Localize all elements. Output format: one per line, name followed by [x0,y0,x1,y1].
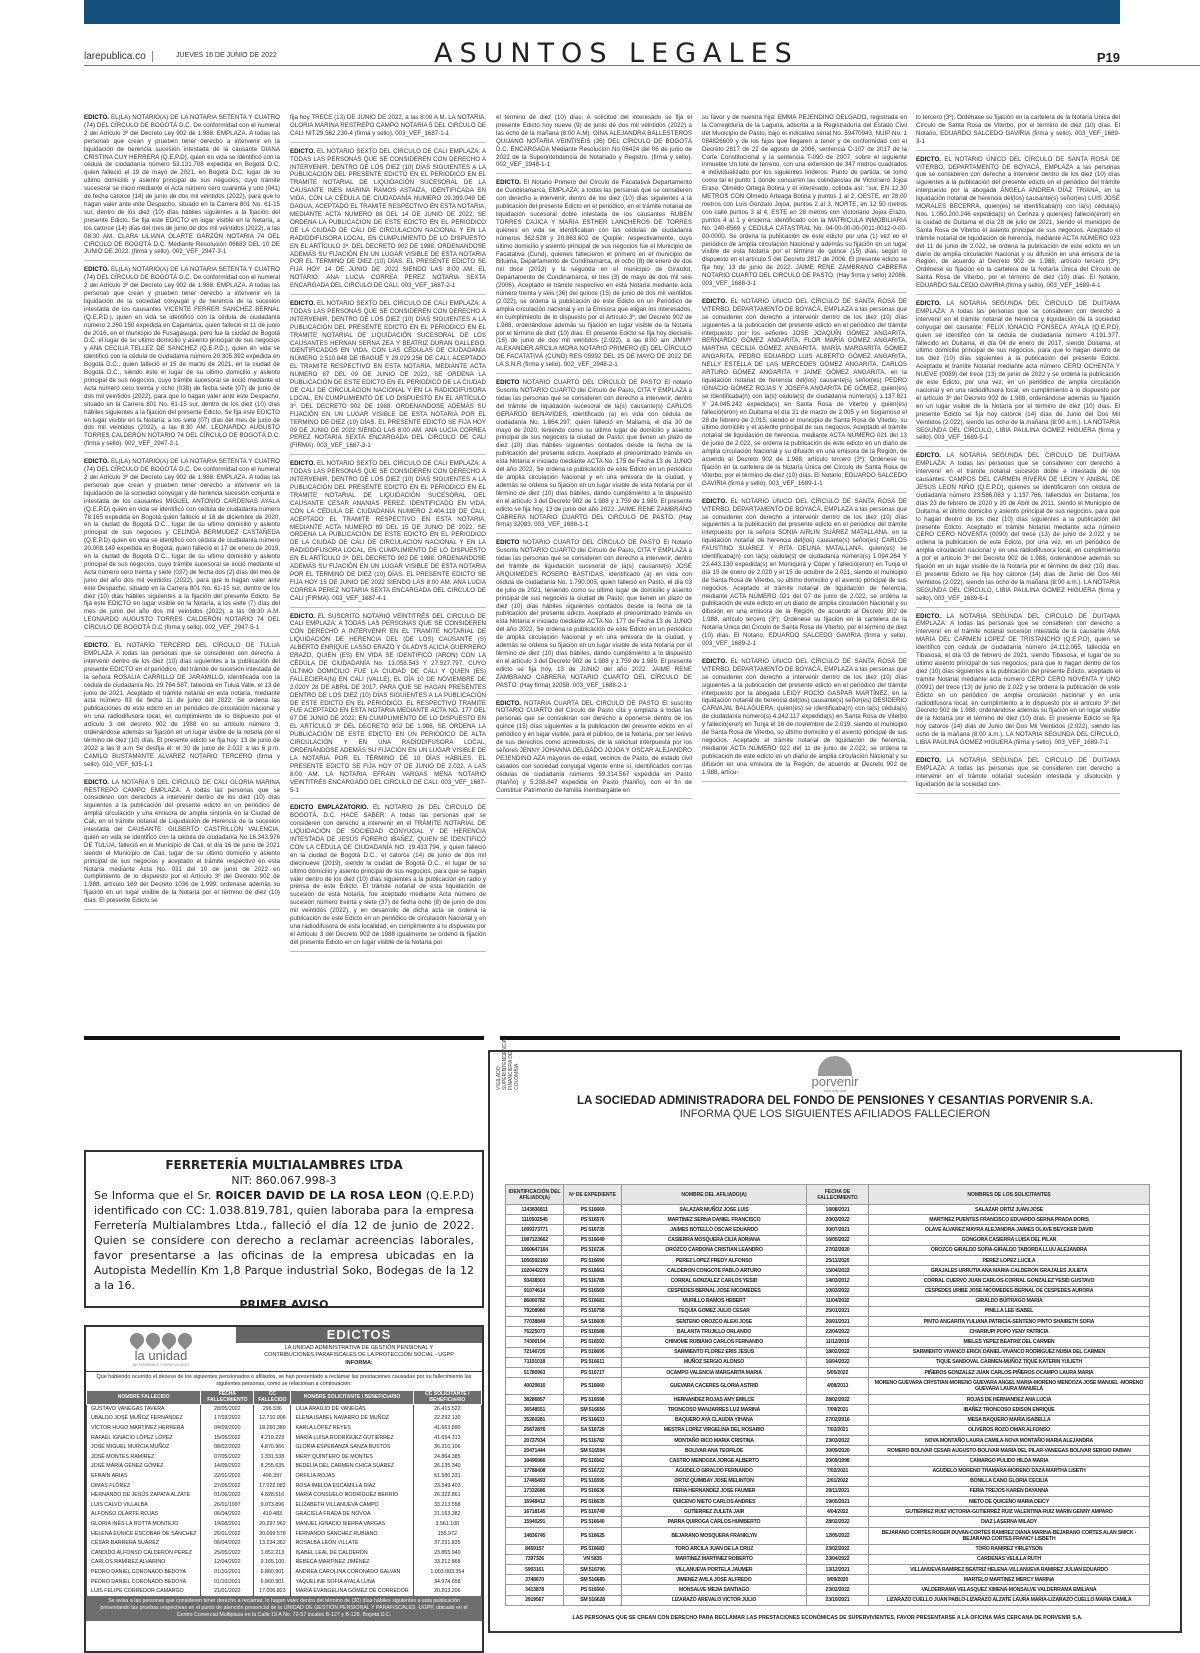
column-header: FECHA FALLECIMIENTO [201,1390,254,1404]
table-cell: EFRAÍN ARIAS [87,1471,201,1481]
table-row: 3413878PS 516560MONSALVE MEJIA SANTIAGO2… [506,1585,1150,1595]
table-row: 72146725PS 516695SARMIENTO FLOREZ ERIS J… [506,1347,1150,1357]
column-header: NOMBRE FALLECIDO [87,1390,201,1404]
table-cell: GLORIA INÉS LA ROTTA MONTEJO [87,1519,201,1529]
table-cell: BAQUERO AYA CLAUDIA YIHANA [622,1415,807,1425]
table-cell: 93438303 [506,1276,564,1286]
table-cell: SALAZAR MUÑOZ JOSE LUIS [622,1205,807,1215]
edict-text: EL NOTARIO TERCERO DEL CÍRCULO DE TULUA … [84,642,280,768]
table-cell: SM 516594 [564,1446,622,1456]
table-cell: LIZARAZO CUELLO JUAN PABLO-LIZARAZO ALZA… [869,1595,1150,1605]
table-row: 38286857PS 516598HERNANDEZ ROJAS AMY EMI… [506,1395,1150,1405]
table-cell: GLORIA ESPERANZA SANZA BUSTOS [291,1442,413,1452]
table-cell: TORO RAMIREZ YIRLEYSON [869,1544,1150,1554]
table-row: PEDRO DANIEL CORONADO BEDOYA01/10/20216.… [87,1567,482,1577]
table-cell: 16/04/2022 [807,1357,869,1367]
table-cell: QUICENO NIETO CARLOS ANDRES [622,1497,807,1507]
table-cell: 40029816 [506,1378,564,1395]
edict-lead: EDICTO. [916,757,941,764]
table-cell: LIZARAZO AREVALO VICTOR JULIO [622,1595,807,1605]
table-row: 20471444SM 516594BOLIVAR ANA TEOFILDE30/… [506,1446,1150,1456]
table-cell: 19496966 [506,1456,564,1466]
table-cell: 20.203.206 [413,1586,481,1596]
table-cell: 25872876 [506,1425,564,1435]
table-cell: ELIZABETH VILLANUEVA CAMPO [291,1500,413,1510]
table-cell: 34.974.658 [413,1577,481,1587]
table-cell: OROZCO CARDONA CRISTIAN LEANDRO [622,1245,807,1255]
table-cell: MARÍA LUISA RODRÍGUEZ GUTIÉRREZ [291,1433,413,1443]
table-cell: PS 516592 [564,1337,622,1347]
table-row: 91074614PS 516569CESPEDES BERNAL JOSE NI… [506,1286,1150,1296]
table-cell: 20/03/2022 [807,1215,869,1225]
table-cell: FERIA HERNANDEZ JOSE FAUMER [622,1486,807,1496]
table-cell: PS 516785 [564,1276,622,1286]
table-cell: BONILLA CANO GLORIA CECILIA [869,1476,1150,1486]
table-cell: 2919567 [506,1595,564,1605]
table-cell: 25/05/2022 [201,1548,254,1558]
porvenir-table: IDENTIFICACIÓN DEL AFILIADO(A)Nº DE EXPE… [505,1184,1150,1606]
table-cell: PS 516690 [564,1255,622,1265]
table-row: 1056592160PS 516690PEREZ LOPEZ FREDY ALF… [506,1255,1150,1265]
table-cell: 26/01/2022 [201,1529,254,1539]
table-cell: JOSÉ MARÍA GENEZ GÓMEZ [87,1462,201,1472]
table-cell: SM 516796 [564,1565,622,1575]
edict-lead: EDICTO. [290,613,315,620]
org-line-1: LA UNIDAD ADMINISTRATIVA DE GESTIÓN PENS… [236,1345,482,1352]
table-cell: MARTINEZ PUENTES FRANCISCO EDUARDO-SERNA… [869,1215,1150,1225]
table-cell: 22/04/2022 [807,1327,869,1337]
edict-text: EL(LA) NOTARIO(A) DE LA NOTARIA SETENTA … [84,458,280,631]
edict-notice: EDICTO. EL NOTARIO TERCERO DEL CÍRCULO D… [84,642,280,774]
edict-text: EL NOTARIO ÚNICO DEL CÍRCULO DE SANTA RO… [702,298,907,487]
table-row: 20737934PS 516782MONTAÑO RICO MARIA CRIS… [506,1435,1150,1445]
table-cell: PEREZ LOPEZ LUCILA [869,1255,1150,1265]
table-cell: HELENA EUNICE ESCOBAR DE SÁNCHEZ [87,1529,201,1539]
table-cell: PS 516562 [564,1456,622,1466]
edict-text: EL(LA) NOTARIO(A) DE LA NOTARIA SETENTA … [84,114,280,255]
table-cell: CESPEDES URIBE JOSE NICOMEDES-BERNAL DE … [869,1286,1150,1296]
edict-notice: EDICTO. EL NOTARIO ÚNICO DEL CÍRCULO DE … [702,498,907,653]
table-cell: 7397326 [506,1554,564,1564]
table-row: GLORIA INÉS LA ROTTA MONTEJO19/08/202120… [87,1519,482,1529]
table-cell: ALFONSO OLARTE ROJAS [87,1510,201,1520]
table-cell: UBALDO JOSÉ MUÑOZ FERNÁNDEZ [87,1414,201,1424]
table-cell: 21/01/2022 [201,1586,254,1596]
edict-notice: EDICTO. EL(LA) NOTARIO(A) DE LA NOTARIA … [84,458,280,637]
table-cell: PS 516560 [564,1585,622,1595]
table-cell: 1020442278 [506,1266,564,1276]
table-cell: 15940291 [506,1517,564,1527]
table-cell: 23/03/2022 [807,1435,869,1445]
site-name[interactable]: larepublica.co [84,51,153,62]
table-row: 16948412PS 516635QUICENO NIETO CARLOS AN… [506,1497,1150,1507]
edict-text: NOTARIO CUARTO DEL CÍRCULO DE PASTO El N… [496,539,692,688]
table-row: 3748670SM 516685JIMENEZ AVILA JOSE ALFRE… [506,1575,1150,1585]
table-cell: GRAJALES URRUTIA ANA MARIA-CALDERON GRAJ… [869,1266,1150,1276]
table-cell: 9.073.896 [254,1500,291,1510]
table-cell: 24.864.385 [413,1452,481,1462]
ugpp-edicts: la unidad DE PENSIONES Y PARAFISCALES ED… [84,1325,484,1653]
table-cell: OLAVE ALVAREZ MAYRA ALEJANDRA-JAIMES OLA… [869,1225,1150,1235]
table-cell: PS 516598 [564,1395,622,1405]
table-cell: 8.255.635 [254,1462,291,1472]
table-cell: PS 516735 [564,1225,622,1235]
table-cell: ROSA IMELDA ESCAMILLA DÍAZ [291,1481,413,1491]
table-cell: TRONCOSO MANJARRES LUZ MARINA [622,1405,807,1415]
edict-lead: EDICTO. [916,613,941,620]
sun-icon [818,1056,852,1076]
edict-text: LA NOTARIA SEGUNDA DEL CIRCULO DE DUITAM… [916,452,1120,601]
table-cell: 6.860.901 [254,1577,291,1587]
table-cell: GONGORA CASIERRA LUISA DEL PILAR [869,1235,1150,1245]
table-cell: VN 5835 [564,1554,622,1564]
table-cell: SA 516609 [564,1317,622,1327]
table-row: GUSTAVO VANEGAS TAVERA28/05/2022296.536L… [87,1404,482,1414]
table-row: HELENA EUNICE ESCOBAR DE SÁNCHEZ26/01/20… [87,1529,482,1539]
table-cell: 26/01/1997 [201,1500,254,1510]
edict-notice: su favor y de nuestra hija: EMMA PEJENDI… [702,114,907,293]
column-1: EDICTO. EL(LA) NOTARIO(A) DE LA NOTARIA … [84,114,280,915]
table-cell: GUEVARA CACERES GLORIA ASTRID [622,1378,807,1395]
table-cell: 8459157 [506,1544,564,1554]
table-row: 40029816PS 516660GUEVARA CACERES GLORIA … [506,1378,1150,1395]
table-cell: CASIERRA MOSQUERA CILIA ADRIANA [622,1235,807,1245]
table-cell: VILLANUEVA RAMIREZ BEATRIZ HELENA-VILLAN… [869,1565,1150,1575]
table-cell: 28/05/2022 [201,1404,254,1414]
leaf-dots-icon [86,1333,236,1347]
table-row: 19496966PS 516562CASTRO MENDOZA JORGE AL… [506,1456,1150,1466]
table-cell: 28/02/2022 [807,1395,869,1405]
table-cell: SM 516628 [564,1595,622,1605]
la-unidad-logo: la unidad DE PENSIONES Y PARAFISCALES [86,1327,236,1371]
edict-text: EL NOTARIO SEXTO DEL CIRCULO DE CALI EMP… [290,148,486,289]
table-cell: 9/09/2020 [807,1575,869,1585]
edict-notice: EDICTO. EL NOTARIO SEXTO DEL CIRCULO DE … [290,300,486,455]
table-cell: CORRAL CUERVO JUAN CARLOS-CORRAL GONZALE… [869,1276,1150,1286]
table-row: 17332686PS 516636FERIA HERNANDEZ JOSE FA… [506,1486,1150,1496]
table-row: 79208980PS 516758TEQUIA GOMEZ JULIO CESA… [506,1306,1150,1316]
logo-text: porvenir [490,1076,1180,1088]
table-cell: 30/09/2020 [807,1446,869,1456]
edict-lead: EDICTO. [290,148,315,155]
table-cell: 35260281 [506,1415,564,1425]
table-row: 36548551SM 516656TRONCOSO MANJARRES LUZ … [506,1405,1150,1415]
edict-lead: EDICTO [496,379,519,386]
table-cell: 17332686 [506,1486,564,1496]
table-cell: 38286857 [506,1395,564,1405]
table-cell: ELENA ISABEL NAVARRO DE MUÑOZ [291,1414,413,1424]
table-cell: HERNANDO DE JESÚS ZAPATA ALZATE [87,1490,201,1500]
table-cell: JOSÉ MONTES RAMÍREZ [87,1452,201,1462]
edict-text: LA NOTARIA 5 DEL CIRCULO DE CALI GLORIA … [84,779,280,905]
table-cell: JOSÉ MIGUEL MURCIA MUÑOZ [87,1442,201,1452]
table-cell: 51780963 [506,1368,564,1378]
table-cell: 27/02/2020 [807,1245,869,1255]
table-cell: 41.654.313 [413,1433,481,1443]
table-cell: 28/02/2022 [807,1517,869,1527]
table-cell: PS 516588 [564,1327,622,1337]
table-cell: PS 516749 [564,1507,622,1517]
table-cell: 3413878 [506,1585,564,1595]
edict-lead: EDICTO. [916,156,941,163]
table-row: 17788408PS 516722AGUDELO GIRALDO FERNAND… [506,1466,1150,1476]
table-cell: 17445493 [506,1476,564,1486]
logo-subtext: DE PENSIONES Y PARAFISCALES [86,1363,236,1367]
column-header: NOMBRE SOLICITANTE / BENEFICIARIO [291,1390,413,1404]
table-cell: MARTINEZ SERNA DANIEL FRANCISCO [622,1215,807,1225]
table-cell: 17/03/2022 [201,1414,254,1424]
table-cell: 5903161 [506,1565,564,1575]
table-row: 71191018PS 516611MUÑOZ SERGIO ALONSO16/0… [506,1357,1150,1367]
edict-lead: EDICTO. [84,266,109,273]
table-cell: 37.231.835 [413,1538,481,1548]
table-cell: VILLANUEVA PORTELA JAUMER [622,1565,807,1575]
edicts-columns: EDICTO. EL(LA) NOTARIO(A) DE LA NOTARIA … [84,114,1120,1034]
table-cell: NOVA MONTAÑO LAURA CAMILA-NOVA MONTAÑO M… [869,1435,1150,1445]
table-cell: PS 516695 [564,1347,622,1357]
table-cell: 27/02/2016 [807,1415,869,1425]
edict-notice: EDICTO. NOTARIA CUARTA DEL CIRCULO DE PA… [496,700,692,800]
table-cell: MESA BAQUERO MARIA ISABELLA [869,1415,1150,1425]
edict-text: EL NOTARIO ÚNICO DEL CÍRCULO DE SANTA RO… [916,156,1120,290]
table-cell: TORO ARCILA JUAN DE LA CRUZ [622,1544,807,1554]
table-cell: DIAZ LASERNA MILADY [869,1517,1150,1527]
table-cell: BOLIVAR ANA TEOFILDE [622,1446,807,1456]
ferreteria-notice-label: PRIMER AVISO [94,1297,474,1312]
table-cell: FERNANDO SÁNCHEZ RUBIANO [291,1529,413,1539]
table-cell: IBAÑEZ TRONCOSO EDISON ENRIQUE [869,1405,1150,1415]
edict-lead: EDICTO. [916,452,941,459]
column-2: fija hoy TRECE (13) DE JUNIO DE 2022, a … [290,114,486,957]
table-row: 1087123662PS 516649CASIERRA MOSQUERA CIL… [506,1235,1150,1245]
table-cell: 22.292.130 [413,1414,481,1424]
table-cell: MANUEL IGNACIO SIERRA VARGAS [291,1519,413,1529]
table-row: JOSÉ MIGUEL MURCIA MUÑOZ08/02/20224.870.… [87,1442,482,1452]
table-cell: CANDIDO ALFONSO CALDERÓN PÉREZ [87,1548,201,1558]
table-cell: PEREZ LOPEZ FREDY ALFONSO [622,1255,807,1265]
table-cell: 1143836811 [506,1205,564,1215]
table-cell: 7/02/2021 [807,1425,869,1435]
edict-notice: EDICTO. LA NOTARIA SEGUNDA DEL CIRCULO D… [916,757,1120,794]
deceased-name: ROICER DAVID DE LA ROSA LEON [215,1189,421,1202]
table-cell: 16/08/2021 [807,1205,869,1215]
column-3: el término de diez (10) días. A solicitu… [496,114,692,804]
ugpp-table: NOMBRE FALLECIDOFECHA FALLECIMIENTOCC FA… [86,1390,482,1596]
page-header: larepublica.co JUEVES 16 DE JUNIO DE 202… [84,28,1200,66]
table-cell: NIETO DE QUICENO MARIA DEICY [869,1497,1150,1507]
edict-lead: EDICTO [496,539,519,546]
table-cell: 04/09/2020 [201,1423,254,1433]
table-row: 25872876SA 516729MESTRA LOPEZ VIRGELINA … [506,1425,1150,1435]
table-cell: DIMAS FLÓREZ [87,1481,201,1491]
table-cell: 71191018 [506,1357,564,1367]
table-cell: PS 516595 [564,1476,622,1486]
table-cell: CHARRUPI POPO YENY PATRICIA [869,1327,1150,1337]
table-cell: 23/10/2021 [807,1595,869,1605]
table-cell: 6.860.901 [254,1567,291,1577]
table-cell: SA 516729 [564,1425,622,1435]
table-row: 1099373771PS 516735JAIMES BOTELLO OSCAR … [506,1225,1150,1235]
table-cell: 11/04/2022 [807,1296,869,1306]
edict-lead: EDICTO. [496,700,521,707]
table-row: 74300194PS 516592CHINOME RUBIANO CARLOS … [506,1337,1150,1347]
table-cell: 27/05/2022 [201,1481,254,1491]
table-cell: 74300194 [506,1337,564,1347]
edict-text: EL NOTARIO ÚNICO DEL CÍRCULO DE SANTA RO… [702,498,907,647]
edict-text: el término de diez (10) días. A solicitu… [496,114,692,168]
edict-text: EL NOTARIO SEXTO DEL CIRCULO DE CALI EMP… [290,300,486,449]
table-cell: MERY QUINTERO DE MONTES [291,1452,413,1462]
table-cell: ORFILIA ROJAS [291,1471,413,1481]
table-cell: PS 516611 [564,1357,622,1367]
column-header: NOMBRES DE LOS SOLICITANTES [869,1185,1150,1205]
page-number: P19 [1097,50,1120,65]
table-cell: 19/05/2021 [807,1497,869,1507]
ferreteria-title: FERRETERÍA MULTIALAMBRES LTDA [94,1158,474,1173]
column-header: CC SOLICITANTE / BENEFICIARIO [413,1390,481,1404]
table-cell: BEDELIA DEL CARMEN CHICA SUÁREZ [291,1462,413,1472]
edict-text: LA NOTARIA SEGUNDA DEL CIRCULO DE DUITAM… [916,757,1120,788]
table-cell: 15/05/2022 [201,1433,254,1443]
org-name: LA UNIDAD ADMINISTRATIVA DE GESTIÓN PENS… [236,1345,482,1367]
edict-lead: EDICTO. [702,658,727,665]
table-cell: 33.213.558 [413,1500,481,1510]
edict-text: fija hoy TRECE (13) DE JUNIO DE 2022, a … [290,114,486,137]
edict-notice: el término de diez (10) días. A solicitu… [496,114,692,174]
table-cell: 20737934 [506,1435,564,1445]
table-cell: PS 516661 [564,1266,622,1276]
table-cell: MARÍA CONSUELO RODRÍGUEZ BERRÍO [291,1490,413,1500]
table-cell: 9.165.100 [254,1558,291,1568]
table-cell: 12/05/2022 [807,1527,869,1544]
table-cell: AGUDELO GIRALDO FERNANDO [622,1466,807,1476]
table-cell: PIÑEROS GONZALEZ JUAN CARLOS-PIÑEROS OCA… [869,1368,1150,1378]
table-cell: PS 516640 [564,1517,622,1527]
table-cell: 13.234.362 [254,1538,291,1548]
table-cell: 16718145 [506,1507,564,1517]
ugpp-intro: Que habiendo ocurrido el deceso de los s… [86,1371,482,1390]
column-header: NOMBRE DEL AFILIADO(A) [622,1185,807,1205]
table-cell: 36.310.106 [413,1442,481,1452]
vigilado-label: VIGILADO SUPERINTENDENCIA FINANCIERA DE … [496,1050,520,1090]
table-cell: 25/11/2020 [807,1255,869,1265]
table-cell: 18/02/2022 [807,1347,869,1357]
table-cell: 17.022.082 [254,1481,291,1491]
table-cell: 23/02/2022 [807,1585,869,1595]
table-cell: 86000782 [506,1296,564,1306]
edict-notice: EDICTO. El Notario Primero del Círculo d… [496,179,692,374]
table-cell: TEQUIA GOMEZ JULIO CESAR [622,1306,807,1316]
table-cell: OLIVEROS ROZO OMAR ALFONSO [869,1425,1150,1435]
table-cell: ISABEL LEAL DE CALDERÓN [291,1548,413,1558]
edict-lead: EDICTO EMPLAZATORIO. [290,804,368,811]
table-cell: ORTIZ QUIMBAY JOSE MELINTON [622,1476,807,1486]
table-row: 51780963PS 516717OCAMPO VALENCIA MARGARI… [506,1368,1150,1378]
table-cell: 29/11/2021 [807,1486,869,1496]
org-line-2: CONTRIBUCIONES PARAFISCALES DE LA PROTEC… [236,1352,482,1359]
table-cell: 1056592160 [506,1255,564,1265]
table-cell: MORENO GUEVARA CRYSTIAN-MORENO GUEVARA A… [869,1378,1150,1395]
edict-text: EL NOTARIO 26 DEL CIRCULO DE BOGOTÁ, D.C… [290,804,486,945]
table-cell: GIRALDO BUITRAGO MARIA [869,1296,1150,1306]
table-row: 1020442278PS 516661CALDERON CONGOTE PABL… [506,1266,1150,1276]
table-row: PEDRO DANIEL CORONADO BEDOYA01/10/20216.… [87,1577,482,1587]
column-header: CC FALLECIDO [254,1390,291,1404]
column-5: lo tercero (3º); Ordénase su fijación en… [916,114,1120,799]
table-row: 1060647164PS 516726OROZCO CARDONA CRISTI… [506,1245,1150,1255]
edict-notice: EDICTO. EL NOTARIO SEXTO DEL CIRCULO DE … [290,148,486,295]
table-cell: PS 516635 [564,1497,622,1507]
porvenir-title: LA SOCIEDAD ADMINISTRADORA DEL FONDO DE … [490,1095,1180,1107]
table-cell: 06/04/2022 [201,1538,254,1548]
table-cell: 26.135.340 [413,1462,481,1472]
table-row: EFRAÍN ARIAS22/01/2022496.397ORFILIA ROJ… [87,1471,482,1481]
table-cell: GUTIERREZ RUIZ VICTORIA-GUTIERREZ RUIZ V… [869,1507,1150,1517]
table-cell: 23.865.940 [413,1548,481,1558]
table-cell: CALDERON CONGOTE PABLO ARTURO [622,1266,807,1276]
edict-text: NOTARIO CUARTO DEL CÍRCULO DE PASTO El n… [496,379,692,528]
table-cell: PS 516660 [564,1378,622,1395]
table-cell: MIELES YEPEZ BEATRIZ DEL CARMEN [869,1337,1150,1347]
table-cell: 7/09/2021 [807,1405,869,1415]
edict-text: su favor y de nuestra hija: EMMA PEJENDI… [702,114,907,287]
table-cell: 25/01/2021 [807,1306,869,1316]
table-cell: 1.331.538 [254,1452,291,1462]
ferreteria-nit: NIT: 860.067.998-3 [94,1173,474,1188]
table-cell: 15/04/2022 [807,1266,869,1276]
table-cell: 08/02/2022 [201,1442,254,1452]
table-cell: ROSALBA LEÓN VILLATE [291,1538,413,1548]
edict-notice: EDICTO. LA NOTARIA 5 DEL CIRCULO DE CALI… [84,779,280,911]
edict-notice: EDICTO. EL(LA) NOTARIO(A) DE LA NOTARIA … [84,266,280,453]
table-cell: PS 516717 [564,1368,622,1378]
section-divider-right [500,1036,1120,1040]
table-cell: VALDERRAMA VELASQUEZ XIMENA-MONSALVE VAL… [869,1585,1150,1595]
edict-notice: EDICTO. EL SUSCRITO NOTARIO VEINTITRÉS D… [290,613,486,800]
section-divider-left [84,1036,484,1040]
table-cell: PS 516649 [564,1235,622,1245]
table-cell: JIMENEZ AVILA JOSE ALFREDO [622,1575,807,1585]
table-cell: 19/08/2021 [201,1519,254,1529]
table-cell: MONSALVE MEJIA SANTIAGO [622,1585,807,1595]
table-cell: 07/05/2022 [201,1452,254,1462]
table-cell: PEDRO DANIEL CORONADO BEDOYA [87,1577,201,1587]
edict-notice: lo tercero (3º); Ordénase su fijación en… [916,114,1120,151]
table-cell: 20.297.962 [254,1519,291,1529]
table-cell: 21.163.382 [413,1510,481,1520]
issue-date: JUEVES 16 DE JUNIO DE 2022 [176,52,277,59]
edict-lead: EDICTO. [290,300,315,307]
table-row: RAFAEL IGNACIO LÓPEZ LÓPEZ15/05/20224.21… [87,1433,482,1443]
table-cell: PARRA QUIROGA CARLOS HUMBERTO [622,1517,807,1527]
table-cell: SM 516656 [564,1405,622,1415]
table-cell: MARTINEZ MARTINEZ ROBERTO [622,1554,807,1564]
table-cell: 3.561.100 [413,1519,481,1529]
table-row: 7397326VN 5835MARTINEZ MARTINEZ ROBERTO2… [506,1554,1150,1564]
table-cell: 4.210.223 [254,1433,291,1443]
table-cell: SALAZAR ORTIZ JUAN JOSE [869,1205,1150,1215]
table-row: CANDIDO ALFONSO CALDERÓN PÉREZ25/05/2022… [87,1548,482,1558]
table-row: JOSÉ MONTES RAMÍREZ07/05/20221.331.538ME… [87,1452,482,1462]
edict-text: EL NOTARIO ÚNICO DEL CÍRCULO DE SANTA RO… [702,658,907,776]
table-row: 77038849SA 516609SENTENO OROZCO ALEXI JO… [506,1317,1150,1327]
table-cell: OCAMPO VALENCIA MARGARITA MARIA [622,1368,807,1378]
table-cell: 14/03/2012 [807,1276,869,1286]
table-cell: 41.663.890 [413,1423,481,1433]
table-cell: 16948412 [506,1497,564,1507]
table-cell: 14836745 [506,1527,564,1544]
edict-notice: EDICTO. EL NOTARIO ÚNICO DEL CÍRCULO DE … [916,156,1120,295]
